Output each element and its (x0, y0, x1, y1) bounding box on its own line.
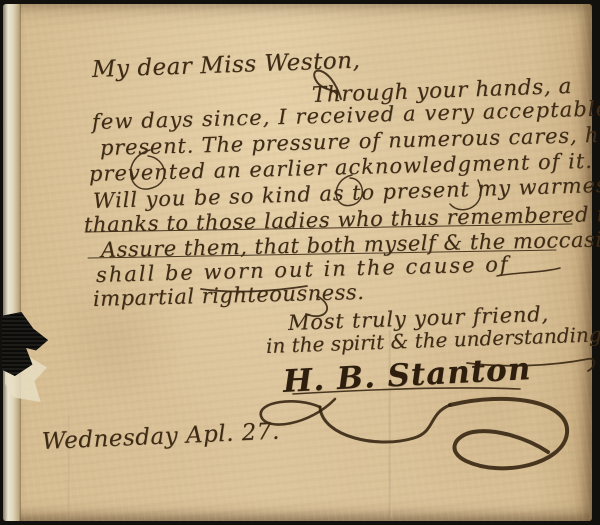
letter-scan: My dear Miss Weston, Through your hands,… (0, 0, 600, 525)
paper-folded-edge (3, 4, 21, 521)
